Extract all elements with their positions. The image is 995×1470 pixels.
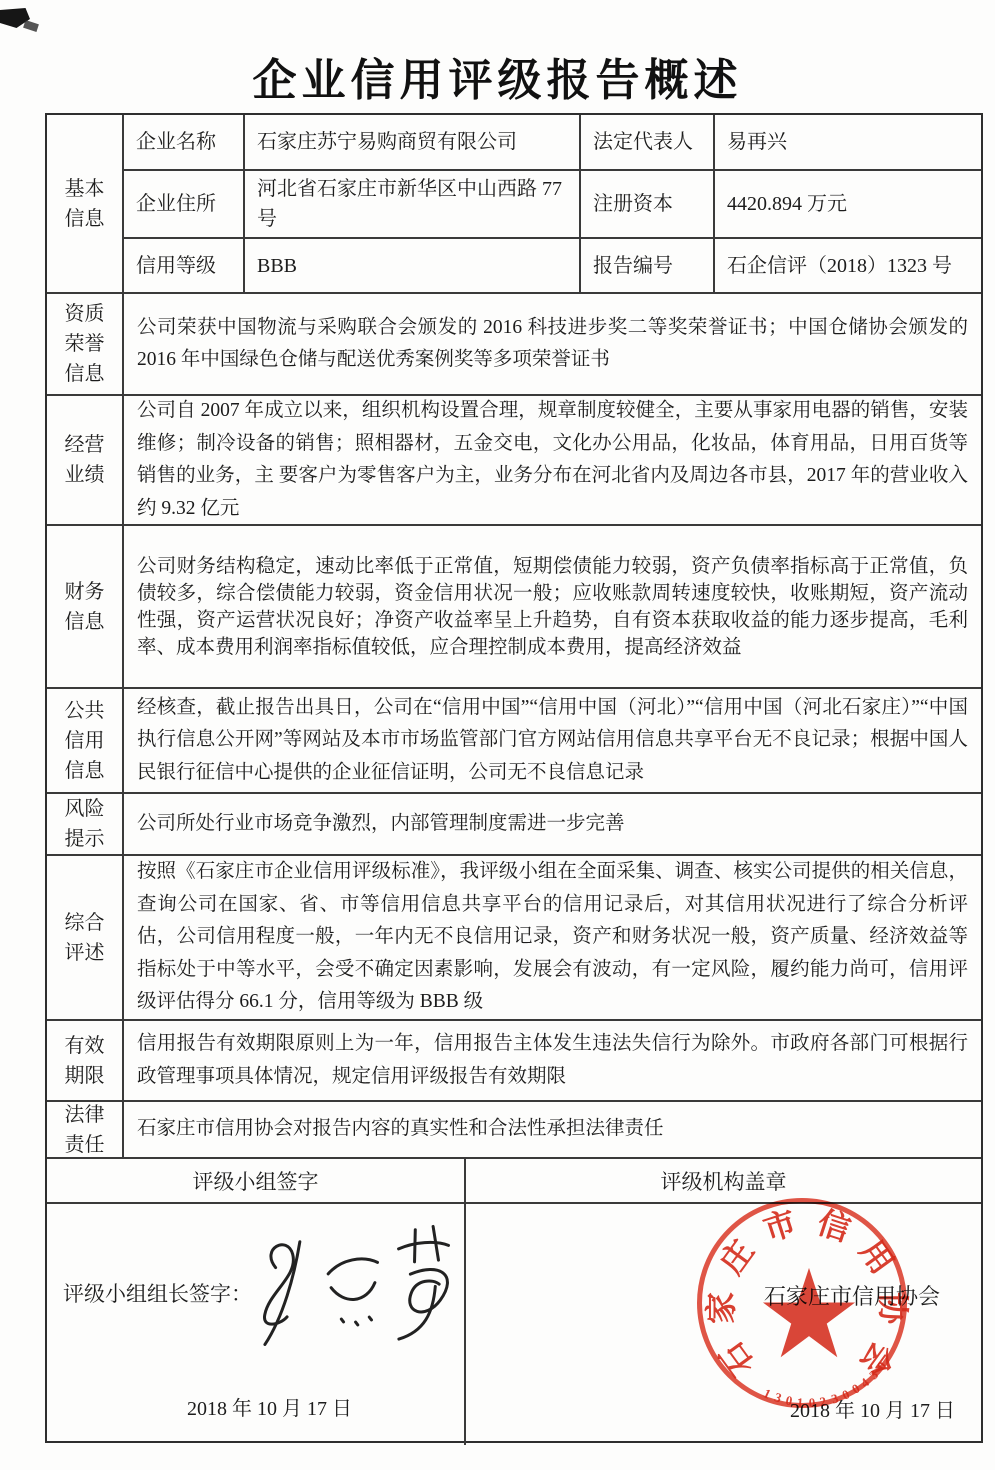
page-title: 企业信用评级报告概述: [0, 44, 995, 108]
rating-agency-seal-header: 评级机构盖章: [464, 1159, 981, 1202]
field-value-company-name: 石家庄苏宁易购商贸有限公司: [243, 115, 579, 169]
section-label: 财务信息: [47, 526, 124, 687]
section-label: 经营业绩: [47, 396, 124, 524]
field-label-address: 企业住所: [124, 171, 243, 237]
field-value-credit-grade: BBB: [243, 239, 579, 292]
field-label-credit-grade: 信用等级: [124, 239, 243, 292]
section-text: 信用报告有效期限原则上为一年，信用报告主体发生违法失信行为除外。市政府各部门可根…: [124, 1028, 981, 1093]
scan-artifact: [23, 20, 39, 32]
field-label-company-name: 企业名称: [124, 115, 243, 169]
section-risk-notice: 风险提示 公司所处行业市场竞争激烈，内部管理制度需进一步完善: [47, 792, 981, 854]
section-text: 经核查，截止报告出具日，公司在“信用中国”“信用中国（河北）”“信用中国（河北石…: [124, 692, 981, 790]
section-label: 风险提示: [47, 794, 124, 854]
section-label: 综合评述: [47, 856, 124, 1019]
footer-signature-row: 评级小组组长签字： 2018 年 10 月: [47, 1202, 981, 1445]
field-value-report-number: 石企信评（2018）1323 号: [713, 239, 981, 292]
handwritten-signature: [239, 1212, 473, 1357]
section-label-basic: 基本信息: [47, 115, 124, 292]
seal-date: 2018 年 10 月 17 日: [790, 1394, 955, 1423]
seal-cell: 石家庄市信用协会 2018 年 10 月 17 日: [464, 1204, 981, 1445]
section-label: 有效期限: [47, 1021, 124, 1100]
section-qualification-honor: 资质荣誉信息 公司荣获中国物流与采购联合会颁发的 2016 科技进步奖二等奖荣誉…: [47, 292, 981, 394]
section-validity-period: 有效期限 信用报告有效期限原则上为一年，信用报告主体发生违法失信行为除外。市政府…: [47, 1019, 981, 1100]
scanned-report-page: 企业信用评级报告概述 基本信息 企业名称 石家庄苏宁易购商贸有限公司 法定代表人…: [0, 0, 995, 1470]
section-business-performance: 经营业绩 公司自 2007 年成立以来，组织机构设置合理，规章制度较健全，主要从…: [47, 394, 981, 524]
table-row: 企业住所 河北省石家庄市新华区中山西路 77 号 注册资本 4420.894 万…: [124, 169, 981, 237]
field-value-registered-capital: 4420.894 万元: [713, 171, 981, 237]
signature-cell: 评级小组组长签字： 2018 年 10 月: [47, 1204, 464, 1445]
section-text: 公司所处行业市场竞争激烈，内部管理制度需进一步完善: [124, 808, 981, 841]
section-text: 公司财务结构稳定，速动比率低于正常值，短期偿债能力较弱，资产负债率指标高于正常值…: [124, 553, 981, 661]
footer-header-row: 评级小组签字 评级机构盖章: [47, 1157, 981, 1202]
rating-team-signature-header: 评级小组签字: [47, 1159, 464, 1202]
section-label: 法律责任: [47, 1102, 124, 1157]
field-label-legal-rep: 法定代表人: [579, 115, 713, 169]
section-basic-info: 基本信息 企业名称 石家庄苏宁易购商贸有限公司 法定代表人 易再兴 企业住所 河…: [47, 115, 981, 292]
table-row: 企业名称 石家庄苏宁易购商贸有限公司 法定代表人 易再兴: [124, 115, 981, 169]
signature-date: 2018 年 10 月 17 日: [187, 1392, 352, 1421]
section-comprehensive-review: 综合评述 按照《石家庄市企业信用评级标准》，我评级小组在全面采集、调查、核实公司…: [47, 854, 981, 1019]
team-leader-signature-label: 评级小组组长签字：: [63, 1278, 252, 1308]
field-value-legal-rep: 易再兴: [713, 115, 981, 169]
section-text: 公司荣获中国物流与采购联合会颁发的 2016 科技进步奖二等奖荣誉证书；中国仓储…: [124, 312, 981, 377]
report-table: 基本信息 企业名称 石家庄苏宁易购商贸有限公司 法定代表人 易再兴 企业住所 河…: [45, 113, 983, 1443]
section-text: 公司自 2007 年成立以来，组织机构设置合理，规章制度较健全，主要从事家用电器…: [124, 396, 981, 524]
field-label-report-number: 报告编号: [579, 239, 713, 292]
table-row: 信用等级 BBB 报告编号 石企信评（2018）1323 号: [124, 237, 981, 292]
section-label: 公共信用信息: [47, 689, 124, 792]
section-text: 石家庄市信用协会对报告内容的真实性和合法性承担法律责任: [124, 1113, 981, 1146]
field-value-address: 河北省石家庄市新华区中山西路 77 号: [243, 171, 579, 237]
section-financial-info: 财务信息 公司财务结构稳定，速动比率低于正常值，短期偿债能力较弱，资产负债率指标…: [47, 524, 981, 687]
field-label-registered-capital: 注册资本: [579, 171, 713, 237]
section-public-credit-info: 公共信用信息 经核查，截止报告出具日，公司在“信用中国”“信用中国（河北）”“信…: [47, 687, 981, 792]
section-label: 资质荣誉信息: [47, 294, 124, 394]
agency-name-text: 石家庄市信用协会: [764, 1280, 940, 1311]
section-text: 按照《石家庄市企业信用评级标准》，我评级小组在全面采集、调查、核实公司提供的相关…: [124, 856, 981, 1019]
section-legal-liability: 法律责任 石家庄市信用协会对报告内容的真实性和合法性承担法律责任: [47, 1100, 981, 1157]
